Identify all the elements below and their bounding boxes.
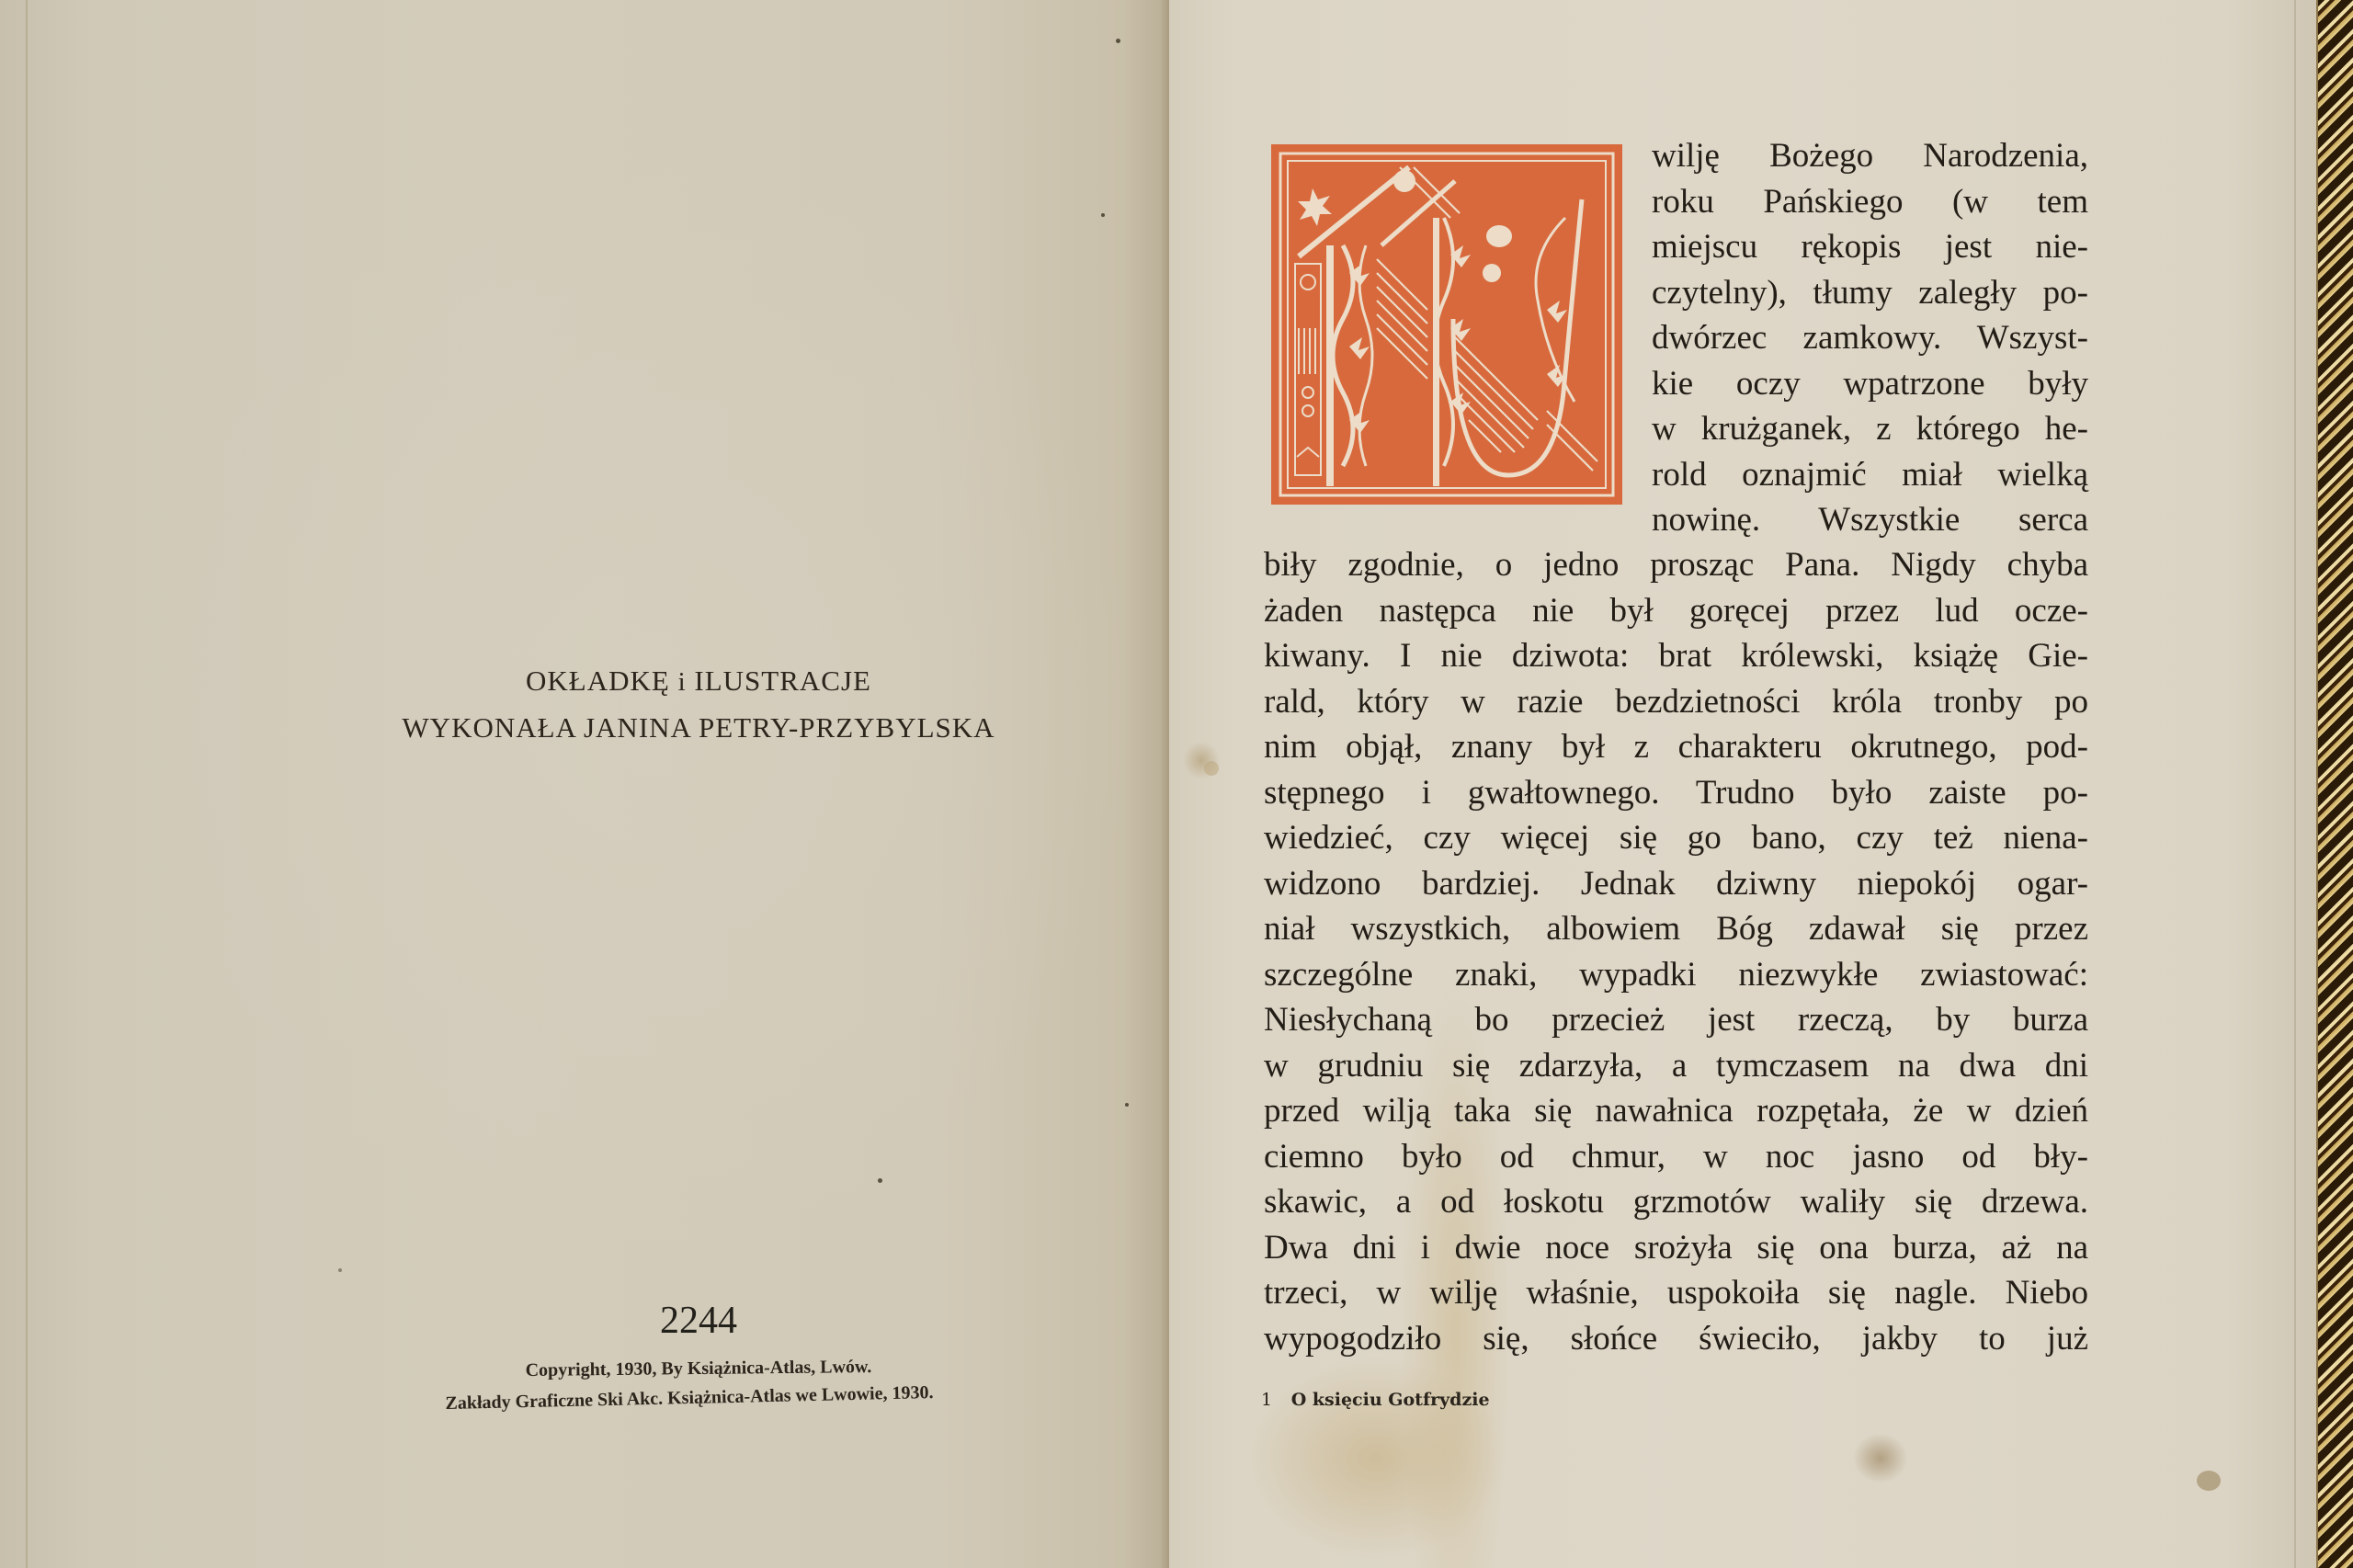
- paper-speck: [878, 1178, 882, 1183]
- paper-stain: [1204, 761, 1219, 776]
- body-text-beside-initial: wilję Bożego Narodzenia, roku Pańskiego …: [1652, 133, 2088, 543]
- text-line: szczególne znaki, wypadki niezwykłe zwia…: [1264, 952, 2088, 998]
- text-line: trzeci, w wilję właśnie, uspokoiła się n…: [1264, 1270, 2088, 1316]
- left-page: OKŁADKĘ i ILUSTRACJE WYKONAŁA JANINA PET…: [0, 0, 1169, 1568]
- text-line: rald, który w razie bezdzietności króla …: [1264, 679, 2088, 725]
- paper-stain: [2197, 1471, 2221, 1491]
- text-line: rold oznajmić miał wielką: [1652, 452, 2088, 498]
- body-text-full-width: biły zgodnie, o jedno prosząc Pana. Nigd…: [1264, 542, 2088, 1361]
- text-line: wypogodziło się, słońce świeciło, jakby …: [1264, 1316, 2088, 1362]
- credit-illustrations: ILUSTRACJE: [694, 665, 871, 697]
- credit-cover: OKŁADKĘ: [526, 665, 670, 697]
- page-edge-line: [26, 0, 28, 1568]
- paper-speck: [1116, 39, 1120, 43]
- gilded-page-edge: [2316, 0, 2353, 1568]
- illustration-credit-line-2: WYKONAŁA JANINA PETRY-PRZYBYLSKA: [349, 711, 1048, 744]
- text-line: nowinę. Wszystkie serca: [1652, 497, 2088, 543]
- paper-speck: [338, 1268, 342, 1272]
- text-line: w grudniu się zdarzyła, a tymczasem na d…: [1264, 1043, 2088, 1089]
- text-line: przed wilją taka się nawałnica rozpętała…: [1264, 1088, 2088, 1134]
- printer-imprint: Zakłady Graficzne Ski Akc. Książnica-Atl…: [368, 1381, 1011, 1416]
- page-edge-line: [2294, 0, 2296, 1568]
- text-line: niał wszystkich, albowiem Bóg zdawał się…: [1264, 906, 2088, 952]
- text-line: nim objął, znany był z charakteru okrutn…: [1264, 724, 2088, 770]
- text-line: w krużganek, z którego he-: [1652, 406, 2088, 452]
- text-line: dwórzec zamkowy. Wszyst-: [1652, 315, 2088, 361]
- text-line: Niesłychaną bo przecież jest rzeczą, by …: [1264, 997, 2088, 1043]
- text-line: kie oczy wpatrzone były: [1652, 361, 2088, 407]
- text-line: skawic, a od łoskotu grzmotów waliły się…: [1264, 1179, 2088, 1225]
- text-line: widzono bardziej. Jednak dziwny niepokój…: [1264, 861, 2088, 907]
- decorated-initial-w: [1271, 144, 1622, 505]
- text-line: wilję Bożego Narodzenia,: [1652, 133, 2088, 179]
- signature-title: O księciu Gotfrydzie: [1291, 1390, 1490, 1410]
- paper-speck: [1125, 1103, 1129, 1107]
- signature-number: 1: [1261, 1390, 1272, 1410]
- print-number: 2244: [551, 1299, 846, 1343]
- text-line: ciemno było od chmur, w noc jasno od bły…: [1264, 1134, 2088, 1180]
- text-line: czytelny), tłumy zaległy po-: [1652, 270, 2088, 316]
- text-line: roku Pańskiego (w tem: [1652, 179, 2088, 225]
- text-line: miejscu rękopis jest nie-: [1652, 224, 2088, 270]
- text-line: Dwa dni i dwie noce srożyła się ona burz…: [1264, 1225, 2088, 1271]
- text-line: wiedzieć, czy więcej się go bano, czy te…: [1264, 815, 2088, 861]
- illustration-credit-line-1: OKŁADKĘ i ILUSTRACJE: [349, 665, 1048, 698]
- paper-speck: [1101, 213, 1105, 217]
- credit-connector: i: [678, 667, 687, 697]
- text-line: żaden następca nie był goręcej przez lud…: [1264, 588, 2088, 634]
- copyright-notice: Copyright, 1930, By Książnica-Atlas, Lwó…: [386, 1355, 1011, 1382]
- woodcut-initial-icon: [1271, 144, 1622, 505]
- text-line: biły zgodnie, o jedno prosząc Pana. Nigd…: [1264, 542, 2088, 588]
- signature-footnote: 1 O księciu Gotfrydzie: [1261, 1390, 1490, 1410]
- text-line: stępnego i gwałtownego. Trudno było zais…: [1264, 770, 2088, 816]
- text-line: kiwany. I nie dziwota: brat królewski, k…: [1264, 633, 2088, 679]
